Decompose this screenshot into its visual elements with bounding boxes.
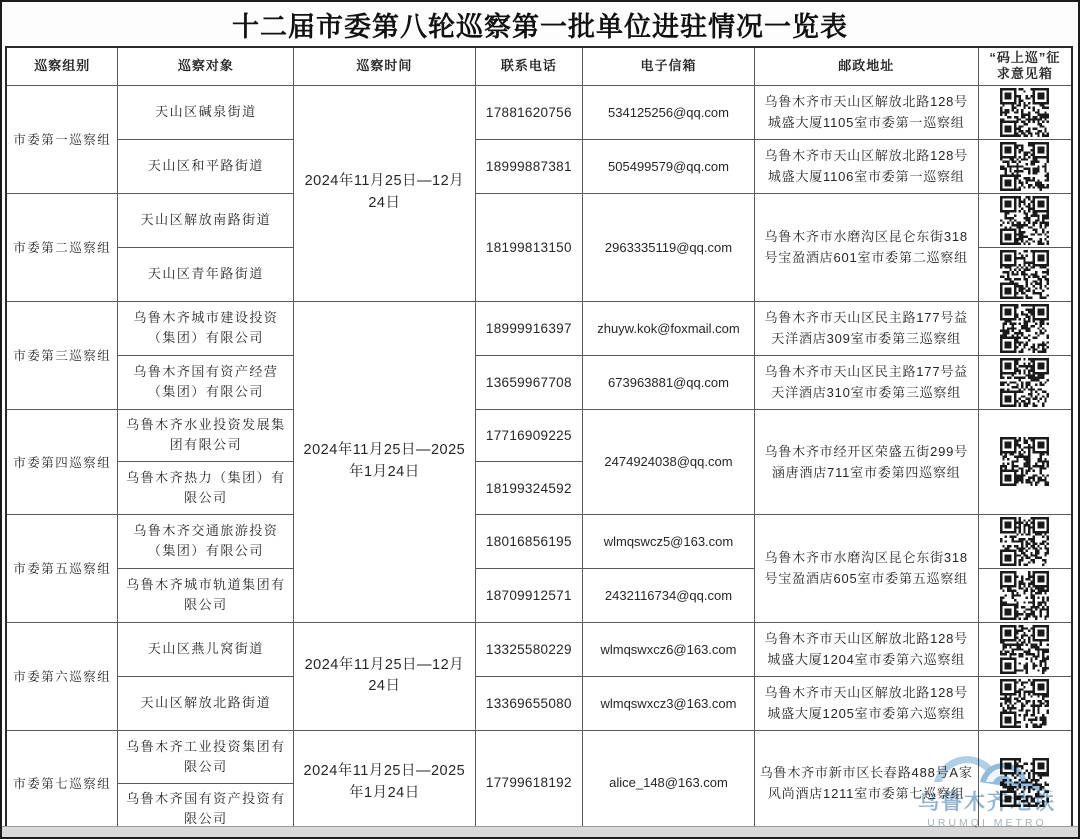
qr-code [1000, 758, 1049, 807]
phone-cell: 17716909225 [475, 409, 583, 462]
table-row: 天山区解放北路街道 13369655080 wlmqswxcz3@163.com… [6, 676, 1072, 730]
target-cell: 乌鲁木齐交通旅游投资（集团）有限公司 [118, 514, 294, 568]
group-cell: 市委第六巡察组 [6, 622, 118, 730]
qr-code [1000, 571, 1049, 620]
email-cell: 673963881@qq.com [583, 355, 755, 409]
qr-cell [978, 514, 1072, 568]
group-cell: 市委第三巡察组 [6, 301, 118, 409]
table-row: 乌鲁木齐国有资产经营（集团）有限公司 13659967708 673963881… [6, 355, 1072, 409]
header-phone: 联系电话 [475, 47, 583, 85]
address-cell: 乌鲁木齐市天山区民主路177号益天洋酒店309室市委第三巡察组 [754, 301, 978, 355]
phone-cell: 18999887381 [475, 139, 583, 193]
address-cell: 乌鲁木齐市天山区解放北路128号城盛大厦1205室市委第六巡察组 [754, 676, 978, 730]
header-qr: “码上巡”征求意见箱 [978, 47, 1072, 85]
qr-cell [978, 193, 1072, 247]
qr-cell [978, 85, 1072, 139]
target-cell: 乌鲁木齐城市建设投资（集团）有限公司 [118, 301, 294, 355]
email-cell: 2432116734@qq.com [583, 568, 755, 622]
group-cell: 市委第二巡察组 [6, 193, 118, 301]
inspection-table: 巡察组别 巡察对象 巡察时间 联系电话 电子信箱 邮政地址 “码上巡”征求意见箱… [5, 46, 1073, 837]
group-cell: 市委第一巡察组 [6, 85, 118, 193]
bottom-strip [2, 826, 1078, 837]
email-cell: wlmqswcz5@163.com [583, 514, 755, 568]
address-cell: 乌鲁木齐市水磨沟区昆仑东街318号宝盈酒店601室市委第二巡察组 [754, 193, 978, 301]
address-cell: 乌鲁木齐市水磨沟区昆仑东街318号宝盈酒店605室市委第五巡察组 [754, 514, 978, 622]
qr-code [1000, 304, 1049, 353]
table-row: 市委第七巡察组 乌鲁木齐工业投资集团有限公司 2024年11月25日—2025年… [6, 730, 1072, 783]
group-cell: 市委第七巡察组 [6, 730, 118, 835]
table-row: 市委第二巡察组 天山区解放南路街道 18199813150 2963335119… [6, 193, 1072, 247]
address-cell: 乌鲁木齐市经开区荣盛五街299号涵唐酒店711室市委第四巡察组 [754, 409, 978, 514]
email-cell: 2474924038@qq.com [583, 409, 755, 514]
qr-cell [978, 301, 1072, 355]
phone-cell: 13325580229 [475, 622, 583, 676]
target-cell: 天山区碱泉街道 [118, 85, 294, 139]
page-title: 十二届市委第八轮巡察第一批单位进驻情况一览表 [2, 2, 1078, 46]
table-row: 市委第六巡察组 天山区燕儿窝街道 2024年11月25日—12月24日 1332… [6, 622, 1072, 676]
page-frame: 十二届市委第八轮巡察第一批单位进驻情况一览表 巡察组别 巡察对象 巡察时间 联系… [0, 0, 1080, 839]
target-cell: 天山区解放北路街道 [118, 676, 294, 730]
email-cell: alice_148@163.com [583, 730, 755, 835]
table-row: 市委第一巡察组 天山区碱泉街道 2024年11月25日—12月24日 17881… [6, 85, 1072, 139]
qr-code [1000, 142, 1049, 191]
qr-code [1000, 250, 1049, 299]
qr-cell [978, 568, 1072, 622]
time-cell: 2024年11月25日—12月24日 [294, 622, 475, 730]
header-email: 电子信箱 [583, 47, 755, 85]
email-cell: wlmqswxcz6@163.com [583, 622, 755, 676]
table-row: 市委第五巡察组 乌鲁木齐交通旅游投资（集团）有限公司 18016856195 w… [6, 514, 1072, 568]
phone-cell: 18999916397 [475, 301, 583, 355]
table-row: 市委第四巡察组 乌鲁木齐水业投资发展集团有限公司 17716909225 247… [6, 409, 1072, 462]
phone-cell: 18709912571 [475, 568, 583, 622]
email-cell: wlmqswxcz3@163.com [583, 676, 755, 730]
email-cell: 534125256@qq.com [583, 85, 755, 139]
table-row: 市委第三巡察组 乌鲁木齐城市建设投资（集团）有限公司 2024年11月25日—2… [6, 301, 1072, 355]
phone-cell: 17881620756 [475, 85, 583, 139]
qr-code [1000, 679, 1049, 728]
target-cell: 天山区青年路街道 [118, 247, 294, 301]
phone-cell: 13369655080 [475, 676, 583, 730]
email-cell: 505499579@qq.com [583, 139, 755, 193]
target-cell: 乌鲁木齐国有资产经营（集团）有限公司 [118, 355, 294, 409]
address-cell: 乌鲁木齐市天山区解放北路128号城盛大厦1105室市委第一巡察组 [754, 85, 978, 139]
time-cell: 2024年11月25日—2025年1月24日 [294, 301, 475, 622]
target-cell: 乌鲁木齐工业投资集团有限公司 [118, 730, 294, 783]
header-target: 巡察对象 [118, 47, 294, 85]
phone-cell: 18016856195 [475, 514, 583, 568]
qr-cell [978, 409, 1072, 514]
target-cell: 乌鲁木齐热力（集团）有限公司 [118, 462, 294, 515]
target-cell: 乌鲁木齐城市轨道集团有限公司 [118, 568, 294, 622]
qr-cell [978, 355, 1072, 409]
phone-cell: 13659967708 [475, 355, 583, 409]
qr-code [1000, 358, 1049, 407]
target-cell: 乌鲁木齐水业投资发展集团有限公司 [118, 409, 294, 462]
header-group: 巡察组别 [6, 47, 118, 85]
table-header-row: 巡察组别 巡察对象 巡察时间 联系电话 电子信箱 邮政地址 “码上巡”征求意见箱 [6, 47, 1072, 85]
header-address: 邮政地址 [754, 47, 978, 85]
qr-cell [978, 139, 1072, 193]
qr-cell [978, 247, 1072, 301]
qr-code [1000, 88, 1049, 137]
time-cell: 2024年11月25日—12月24日 [294, 85, 475, 301]
qr-code [1000, 517, 1049, 566]
email-cell: zhuyw.kok@foxmail.com [583, 301, 755, 355]
qr-cell [978, 676, 1072, 730]
qr-code [1000, 625, 1049, 674]
qr-cell [978, 730, 1072, 835]
target-cell: 天山区和平路街道 [118, 139, 294, 193]
address-cell: 乌鲁木齐市新市区长春路488号A家风尚酒店1211室市委第七巡察组 [754, 730, 978, 835]
target-cell: 天山区燕儿窝街道 [118, 622, 294, 676]
email-cell: 2963335119@qq.com [583, 193, 755, 301]
header-time: 巡察时间 [294, 47, 475, 85]
target-cell: 天山区解放南路街道 [118, 193, 294, 247]
phone-cell: 18199813150 [475, 193, 583, 301]
qr-cell [978, 622, 1072, 676]
group-cell: 市委第五巡察组 [6, 514, 118, 622]
address-cell: 乌鲁木齐市天山区解放北路128号城盛大厦1106室市委第一巡察组 [754, 139, 978, 193]
address-cell: 乌鲁木齐市天山区民主路177号益天洋酒店310室市委第三巡察组 [754, 355, 978, 409]
qr-code [1000, 196, 1049, 245]
phone-cell: 17799618192 [475, 730, 583, 835]
time-cell: 2024年11月25日—2025年1月24日 [294, 730, 475, 835]
table-row: 天山区和平路街道 18999887381 505499579@qq.com 乌鲁… [6, 139, 1072, 193]
phone-cell: 18199324592 [475, 462, 583, 515]
qr-code [1000, 437, 1049, 486]
group-cell: 市委第四巡察组 [6, 409, 118, 514]
address-cell: 乌鲁木齐市天山区解放北路128号城盛大厦1204室市委第六巡察组 [754, 622, 978, 676]
